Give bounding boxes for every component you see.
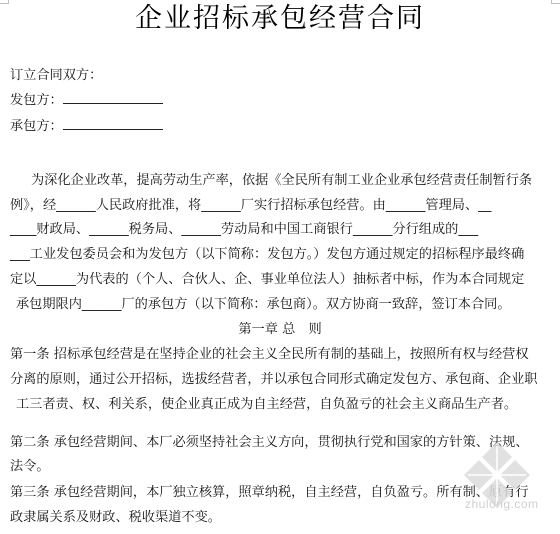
preamble-line-2: 例》，经______人民政府批准，将______厂实行招标承包经营。由_____… <box>10 197 491 215</box>
article-1-line-3: 工三者责、权、利关系，使企业真正成为自主经营，自负盈亏的社会主义商品生产者。 <box>16 396 517 414</box>
preamble-line-1: 为深化企业改革，提高劳动生产率，依据《全民所有制工业企业承包经营责任制暂行条 <box>31 172 532 190</box>
party-b-blank <box>63 119 163 130</box>
article-1-line-1: 第一条 招标承包经营是在坚持企业的社会主义全民所有制的基础上，按照所有权与经营权 <box>10 346 529 364</box>
party-b-label: 承包方： <box>10 119 63 134</box>
party-a-label: 发包方： <box>10 93 63 108</box>
article-3-line-1: 第三条 承包经营期间，本厂独立核算，照章纳税，自主经营，自负盈亏。所有制、原有行 <box>10 484 529 502</box>
article-3-line-2: 政隶属关系及财政、税收渠道不变。 <box>10 509 221 527</box>
chapter-heading: 第一章 总 则 <box>0 321 560 339</box>
preamble-line-4: ___工业发包委员会和为发包方（以下简称：发包方。）发包方通过规定的招标程序最终… <box>10 246 524 264</box>
party-b-row: 承包方： <box>10 118 163 136</box>
watermark-text: zhulong.com <box>465 497 539 511</box>
parties-heading: 订立合同双方： <box>10 67 102 85</box>
preamble-line-3: ____财政局、______税务局、______劳动局和中国工商银行______… <box>10 221 478 239</box>
document-title: 企业招标承包经营合同 <box>0 2 560 36</box>
party-a-blank <box>63 93 163 104</box>
preamble-line-6: 承包期限内______厂的承包方（以下简称：承包商）。双方协商一致辞，签订本合同… <box>16 296 511 314</box>
article-2-line-2: 法令。 <box>10 458 50 476</box>
article-2-line-1: 第二条 承包经营期间、本厂必须坚持社会主义方向，贯彻执行党和国家的方针策、法规、 <box>10 434 529 452</box>
article-1-line-2: 分离的原则，通过公开招标，选拔经营者，并以承包合同形式确定发包方、承包商、企业职 <box>10 371 538 389</box>
party-a-row: 发包方： <box>10 92 163 110</box>
preamble-line-5: 定以______为代表的（个人、合伙人、企、事业单位法人）抽标者中标，作为本合同… <box>10 271 524 289</box>
